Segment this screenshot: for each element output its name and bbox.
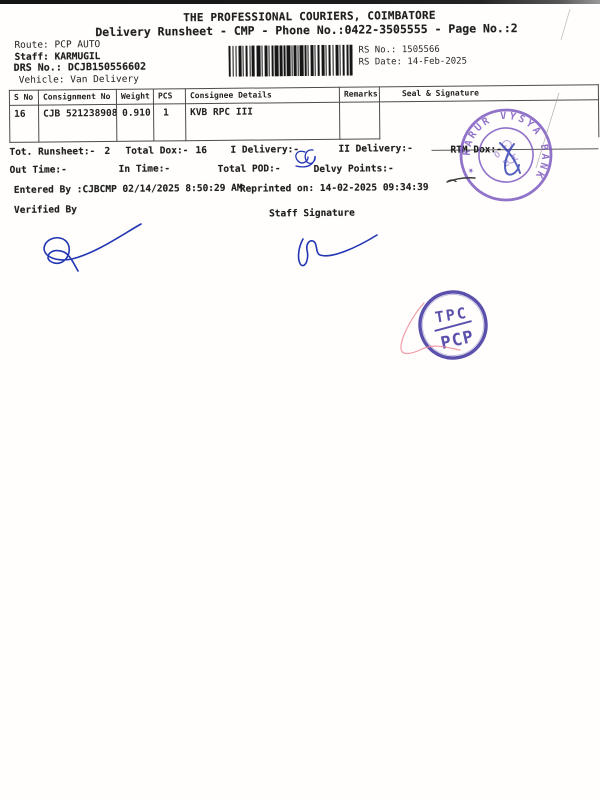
col-header-weight: Weight (116, 89, 153, 104)
route-field: Route: PCP AUTO (14, 39, 100, 51)
out-time-label: Out Time:- (10, 164, 67, 176)
total-dox-value: 16 (195, 145, 207, 156)
barcode (228, 45, 352, 77)
vehicle-field: Vehicle: Van Delivery (19, 74, 139, 86)
cell-weight: 0.910 (117, 104, 154, 141)
total-dox-label: Total Dox:- (125, 145, 188, 157)
document-content: THE PROFESSIONAL COURIERS, COIMBATORE De… (0, 0, 600, 420)
route-value: PCP AUTO (54, 39, 100, 50)
i-delivery-label: I Delivery:- (230, 144, 299, 156)
verified-by-label: Verified By (14, 204, 77, 216)
rs-date-value: 14-Feb-2025 (407, 57, 467, 68)
staff-value: KARMUGIL (55, 51, 101, 62)
in-time-label: In Time:- (119, 163, 171, 174)
cell-remarks (339, 102, 379, 139)
drs-value: DCJB150556602 (68, 62, 146, 74)
col-header-pcs: PCS (153, 89, 185, 104)
cell-consignee: KVB RPC III (186, 102, 340, 140)
staff-signature-label: Staff Signature (269, 208, 355, 220)
col-header-sno: S No (9, 90, 38, 105)
staff-field: Staff: KARMUGIL (14, 51, 100, 63)
document-subtitle: Delivery Runsheet - CMP - Phone No.:0422… (95, 21, 517, 39)
col-header-consignment: Consignment No (38, 89, 116, 105)
drs-field: DRS No.: DCJB150556602 (14, 62, 147, 74)
route-label: Route: (14, 40, 48, 51)
rs-no-field: RS No.: 1505566 (358, 45, 439, 56)
drs-label: DRS No.: (14, 62, 62, 73)
tot-runsheet-value: 2 (104, 146, 110, 157)
total-pod-label: Total POD:- (218, 163, 281, 175)
tot-runsheet-label: Tot. Runsheet:- (9, 146, 95, 158)
col-header-remarks: Remarks (339, 87, 379, 102)
cell-sno: 16 (10, 105, 39, 142)
rs-date-label: RS Date: (359, 57, 402, 67)
col-header-consignee: Consignee Details (185, 87, 339, 103)
tpc-pcp-stamp: TPC PCP (411, 283, 495, 367)
vehicle-value: Van Delivery (70, 74, 139, 86)
rs-date-field: RS Date: 14-Feb-2025 (359, 57, 467, 68)
rs-no-value: 1505566 (402, 45, 440, 55)
delvy-points-label: Delvy Points:- (314, 163, 394, 175)
entered-by-text: Entered By :CJBCMP 02/14/2025 8:50:29 AM (14, 183, 243, 196)
scanned-delivery-runsheet: THE PROFESSIONAL COURIERS, COIMBATORE De… (0, 0, 600, 800)
cell-pcs: 1 (154, 104, 186, 141)
staff-label: Staff: (14, 51, 48, 62)
reprinted-on-text: Reprinted on: 14-02-2025 09:34:39 (240, 182, 429, 195)
kvb-bank-stamp: ★ KARUR VYSYA BANK O C E C (457, 106, 555, 204)
ii-delivery-label: II Delivery:- (338, 143, 412, 155)
cell-consignment: CJB 521238908 (39, 104, 117, 142)
vehicle-label: Vehicle: (19, 74, 65, 85)
rs-no-label: RS No.: (358, 45, 396, 55)
